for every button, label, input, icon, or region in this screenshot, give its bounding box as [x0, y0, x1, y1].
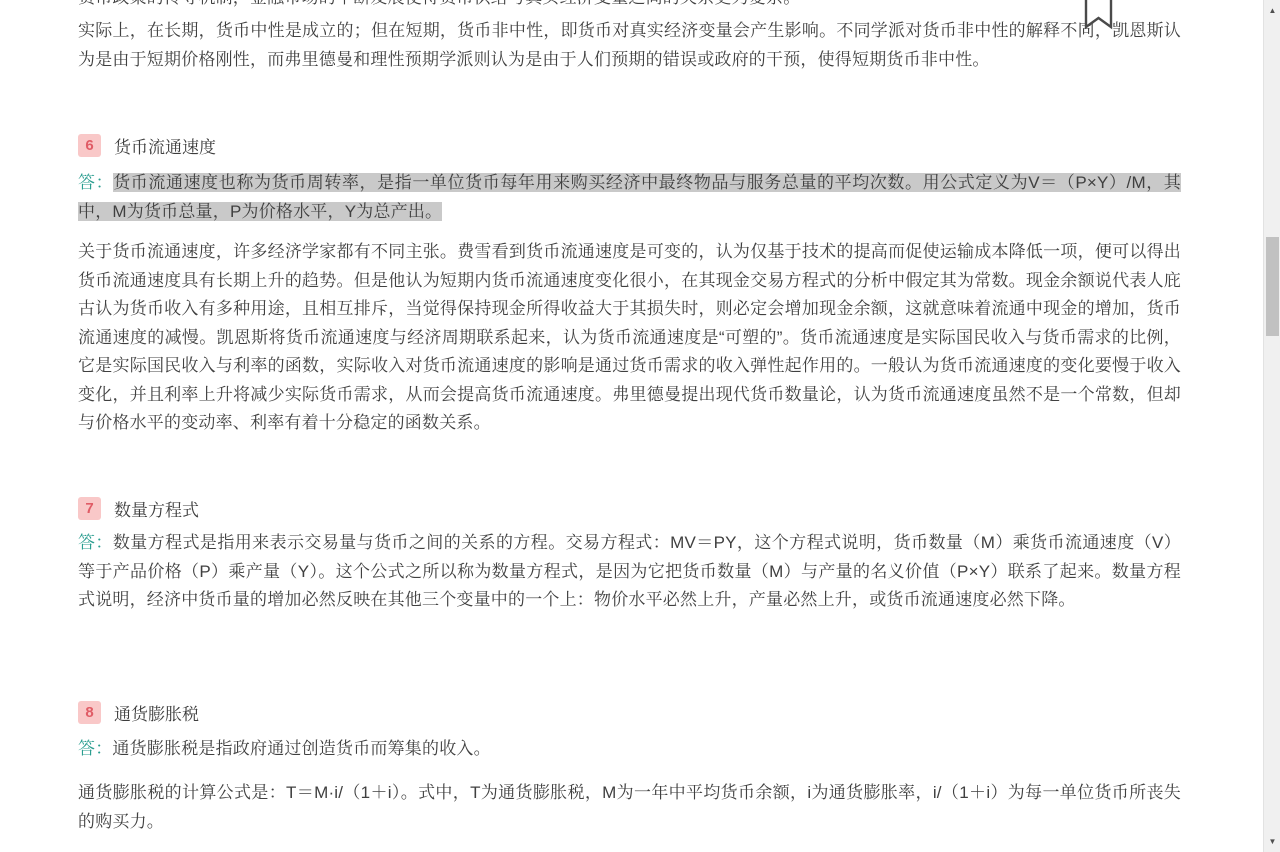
answer-paragraph-7: 答：数量方程式是指用来表示交易量与货币之间的关系的方程。交易方程式：MV＝PY，… — [78, 529, 1181, 615]
answer-paragraph-8: 答：通货膨胀税是指政府通过创造货币而筹集的收入。 — [78, 735, 1181, 764]
section-title: 数量方程式 — [114, 496, 199, 521]
section-heading-7: 7 数量方程式 — [78, 496, 199, 521]
bookmark-icon[interactable] — [1083, 0, 1114, 31]
section-heading-8: 8 通货膨胀税 — [78, 700, 199, 725]
answer-label: 答： — [78, 739, 112, 758]
section-heading-6: 6 货币流通速度 — [78, 133, 216, 158]
section-number-badge: 8 — [78, 701, 101, 724]
body-paragraph-8: 通货膨胀税的计算公式是：T＝M·i/（1＋i）。式中，T为通货膨胀税，M为一年中… — [78, 779, 1181, 836]
section-title: 通货膨胀税 — [114, 700, 199, 725]
section-title: 货币流通速度 — [114, 133, 216, 158]
document-page: 货币政策的传导机制，金融市场的不断发展使得货币供给与真实经济变量之间的关系更为复… — [0, 0, 1280, 852]
answer-label: 答： — [78, 533, 113, 552]
intro-paragraph: 实际上，在长期，货币中性是成立的；但在短期，货币非中性，即货币对真实经济变量会产… — [78, 17, 1181, 74]
answer-text: 数量方程式是指用来表示交易量与货币之间的关系的方程。交易方程式：MV＝PY，这个… — [78, 533, 1181, 609]
section-number-badge: 7 — [78, 497, 101, 520]
clipped-text: 货币政策的传导机制，金融市场的不断发展使得货币供给与真实经济变量之间的关系更为复… — [78, 0, 1181, 9]
clipped-text-line: 货币政策的传导机制，金融市场的不断发展使得货币供给与真实经济变量之间的关系更为复… — [78, 0, 1181, 9]
answer-label: 答： — [78, 173, 113, 192]
section-number-badge: 6 — [78, 134, 101, 157]
scrollbar-thumb[interactable] — [1266, 237, 1279, 336]
body-paragraph-6: 关于货币流通速度，许多经济学家都有不同主张。费雪看到货币流通速度是可变的，认为仅… — [78, 238, 1181, 438]
scroll-down-arrow[interactable]: ▼ — [1264, 833, 1280, 850]
vertical-scrollbar[interactable]: ▲ ▼ — [1263, 0, 1280, 852]
answer-paragraph-6: 答：货币流通速度也称为货币周转率，是指一单位货币每年用来购买经济中最终物品与服务… — [78, 169, 1181, 226]
answer-text: 通货膨胀税是指政府通过创造货币而筹集的收入。 — [112, 739, 490, 758]
scroll-up-arrow[interactable]: ▲ — [1264, 2, 1280, 19]
selected-text: 货币流通速度也称为货币周转率，是指一单位货币每年用来购买经济中最终物品与服务总量… — [78, 173, 1181, 221]
